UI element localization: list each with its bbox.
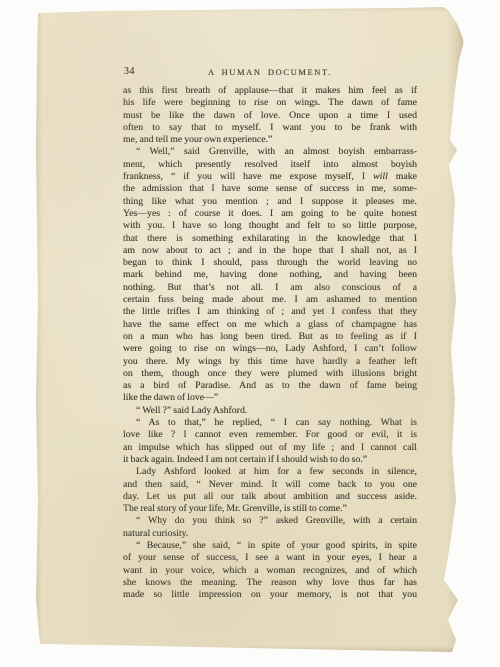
text-line: as a bird of Paradise. And as to the daw… [123,380,417,392]
text-line: want in your voice, which a woman recogn… [123,565,417,577]
text-line: “ Well,” said Grenville, with an almost … [123,146,417,158]
text-line: on a man who has long been tired. But as… [123,331,417,343]
text-line: nothing. But that’s not all. I am also c… [123,282,417,294]
text-line: thing like what you mention ; and I supp… [123,196,417,208]
text-line: made so little impression on your memory… [123,589,417,601]
italic-text: will [373,171,388,182]
text-line: am now about to act ; and in the hope th… [123,245,417,257]
text-line: his life were beginning to rise on wings… [123,97,417,109]
text-line: the admission that I have some sense of … [123,183,417,195]
paper-edge-left-shading [35,6,42,655]
text-line: must be like the dawn of love. Once upon… [123,110,417,122]
text-line: the little trifles I am thinking of ; an… [123,306,417,318]
text-line: certain fuss being made about me. I am a… [123,294,417,306]
text-line: an impulse which has slipped out of my l… [123,442,417,454]
text-line: me, and tell me your own experience.” [123,134,417,146]
text-line: natural curiosity. [123,528,417,540]
text-line: that there is something exhilarating in … [123,233,417,245]
text-line: The real story of your life, Mr. Grenvil… [123,503,417,515]
text-line: often to say that to myself. I want you … [123,122,417,134]
text-line: have the same effect on me which a glass… [123,319,417,331]
page-content: 34 A HUMAN DOCUMENT. as this first breat… [123,66,417,601]
text-line: Yes—yes : of course it does. I am going … [123,208,417,220]
page-header: 34 A HUMAN DOCUMENT. [123,66,417,78]
text-line: Lady Ashford looked at him for a few sec… [123,466,417,478]
text-line: as this first breath of applause—that it… [123,85,417,97]
text-line: you there. My wings by this time have ha… [123,356,417,368]
scanned-page-photo: 34 A HUMAN DOCUMENT. as this first breat… [0,0,500,667]
text-line: and then said, “ Never mind. It will com… [123,479,417,491]
text-line: “ Well ?” said Lady Ashford. [123,405,417,417]
paper-edge-top-shading [35,6,465,12]
text-line: love like ? I cannot even remember. For … [123,429,417,441]
text-line: “ Because,” she said, “ in spite of your… [123,540,417,552]
text-line: on them, though once they were plumed wi… [123,368,417,380]
text-line: it back again. Indeed I am not certain i… [123,454,417,466]
text-line: began to think I should, pass through th… [123,257,417,269]
text-line: frankness, “ if you will have me expose … [123,171,417,183]
text-line: “ Why do you think so ?” asked Grenville… [123,515,417,527]
text-line: ment, which presently resolved itself in… [123,159,417,171]
text-line: day. Let us put all our talk about ambit… [123,491,417,503]
text-line: “ As to that,” he replied, “ I can say n… [123,417,417,429]
text-line: were going to rise on wings—no, Lady Ash… [123,343,417,355]
text-line: mark behind me, having done nothing, and… [123,269,417,281]
text-line: she knows the meaning. The reason why lo… [123,577,417,589]
text-line: of your sense of success, I see a want i… [123,552,417,564]
paper-edge-right-torn-shading [446,6,463,655]
text-line: with you. I have so long thought and fel… [123,220,417,232]
book-page: 34 A HUMAN DOCUMENT. as this first breat… [35,6,465,655]
page-body-text: as this first breath of applause—that it… [123,85,417,601]
text-line: like the dawn of love—” [123,392,417,404]
running-title: A HUMAN DOCUMENT. [123,67,417,77]
paper-edge-bottom-shading [35,646,465,655]
